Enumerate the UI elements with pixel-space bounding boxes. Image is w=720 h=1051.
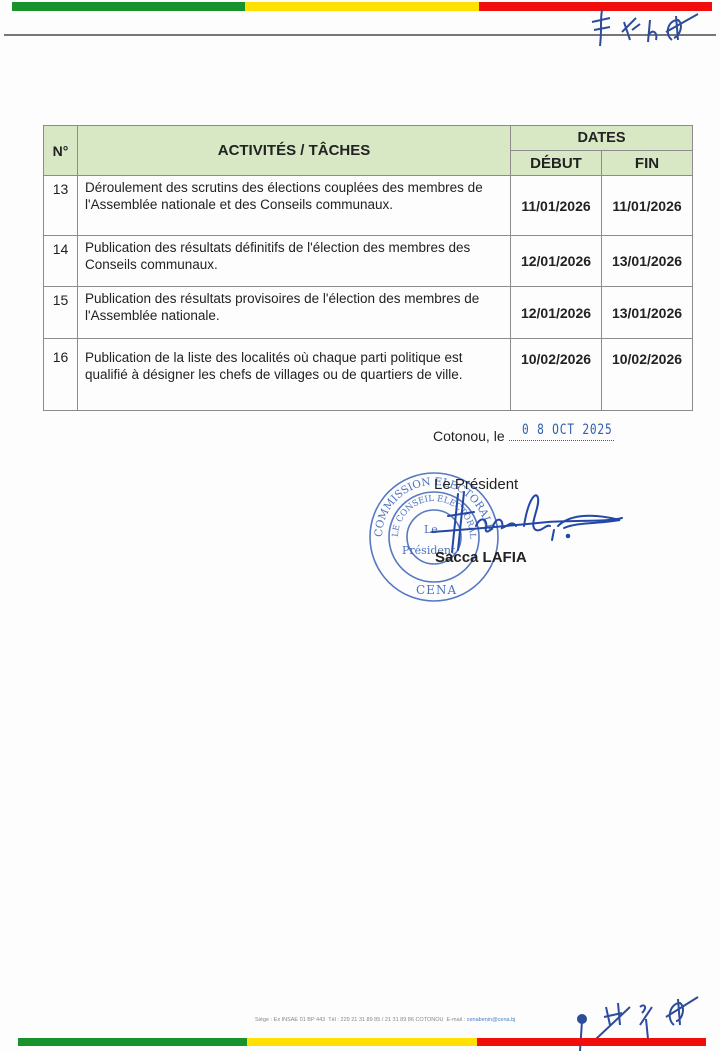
handwritten-signature-icon [428,486,628,556]
initials-mark-icon [580,10,700,50]
place-label: Cotonou, le [433,428,505,444]
table-row: 13 Déroulement des scrutins des élection… [44,176,693,236]
col-header-num: N° [44,126,78,176]
footer-address: Siège : Ex INSAE 01 BP 443 [255,1017,325,1023]
flag-band-bottom [18,1038,706,1046]
row-start-date: 11/01/2026 [511,176,602,236]
row-number: 13 [44,176,78,236]
footer-contact: Siège : Ex INSAE 01 BP 443 Tél : 229 21 … [255,1017,515,1023]
footer-phone: Tél : 229 21 31 89 85 / 21 31 89 86 COTO… [328,1017,443,1023]
col-header-end: FIN [602,151,693,176]
footer-email-link[interactable]: cenabenin@cena.bj [467,1017,516,1023]
table-row: 16 Publication de la liste des localités… [44,339,693,411]
signatory-name: Sacca LAFIA [435,549,527,566]
flag-yellow [245,2,478,11]
row-number: 16 [44,339,78,411]
footer-email-label: E-mail : [447,1017,466,1023]
row-end-date: 13/01/2026 [602,287,693,339]
flag-green [18,1038,247,1046]
flag-red [477,1038,706,1046]
row-end-date: 11/01/2026 [602,176,693,236]
schedule-table: N° ACTIVITÉS / TÂCHES DATES DÉBUT FIN 13… [43,125,693,411]
stamped-date: 0 8 OCT 2025 [522,422,613,438]
row-activity: Publication des résultats provisoires de… [78,287,511,339]
col-header-activity: ACTIVITÉS / TÂCHES [78,126,511,176]
table-row: 15 Publication des résultats provisoires… [44,287,693,339]
row-number: 14 [44,236,78,287]
row-end-date: 13/01/2026 [602,236,693,287]
row-activity: Déroulement des scrutins des élections c… [78,176,511,236]
flag-yellow [247,1038,476,1046]
row-activity: Publication de la liste des localités où… [78,339,511,411]
col-header-dates: DATES [511,126,693,151]
row-number: 15 [44,287,78,339]
table-row: 14 Publication des résultats définitifs … [44,236,693,287]
seal-bottom-text: CENA [416,583,457,597]
row-activity: Publication des résultats définitifs de … [78,236,511,287]
col-header-start: DÉBUT [511,151,602,176]
row-start-date: 12/01/2026 [511,236,602,287]
row-start-date: 12/01/2026 [511,287,602,339]
row-end-date: 10/02/2026 [602,339,693,411]
flag-green [12,2,245,11]
row-start-date: 10/02/2026 [511,339,602,411]
